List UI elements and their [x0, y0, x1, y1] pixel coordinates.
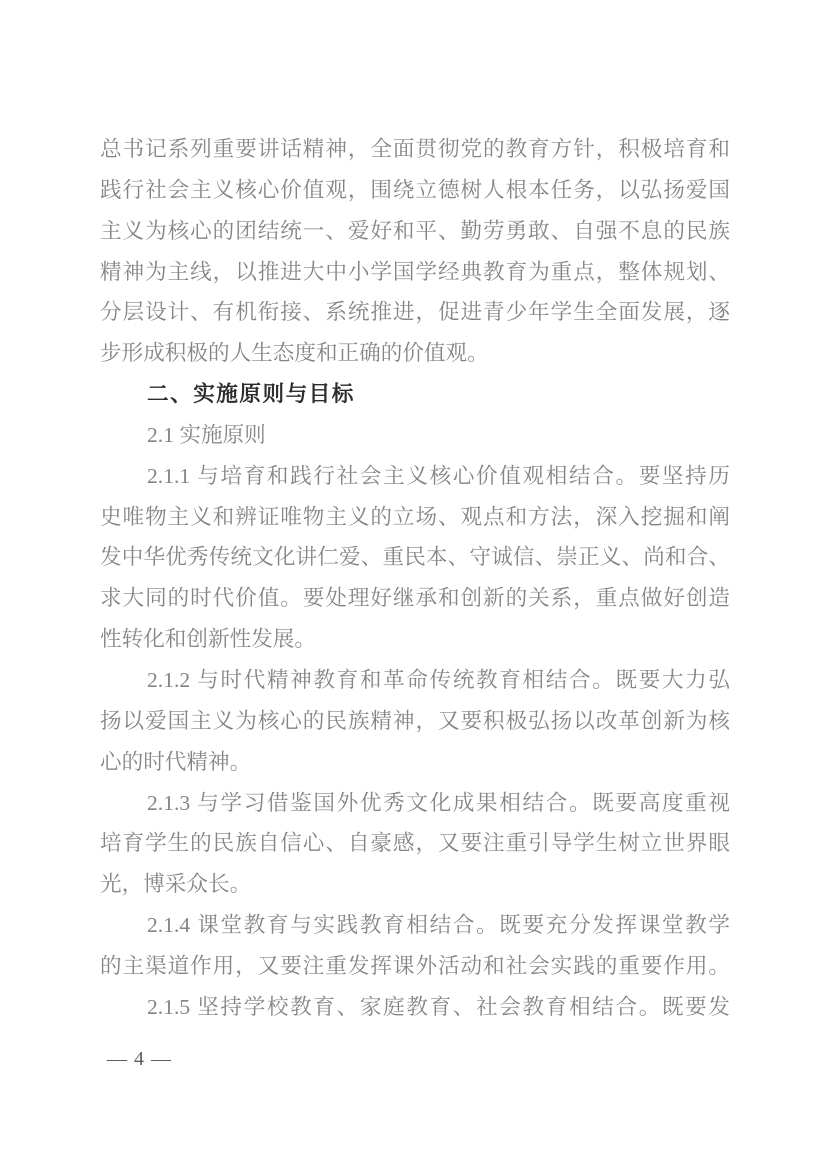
body-line: 发中华优秀传统文化讲仁爱、重民本、守诚信、崇正义、尚和合、	[100, 537, 730, 578]
body-line: 步形成积极的人生态度和正确的价值观。	[100, 333, 730, 374]
footer-dash-right: —	[151, 1048, 171, 1070]
body-line: 的主渠道作用，又要注重发挥课外活动和社会实践的重要作用。	[100, 946, 730, 987]
body-line: 2.1.2 与时代精神教育和革命传统教育相结合。既要大力弘	[100, 660, 730, 701]
body-line: 2.1.5 坚持学校教育、家庭教育、社会教育相结合。既要发	[100, 987, 730, 1028]
document-body: 总书记系列重要讲话精神，全面贯彻党的教育方针，积极培育和 践行社会主义核心价值观…	[100, 129, 730, 1028]
body-line: 主义为核心的团结统一、爱好和平、勤劳勇敢、自强不息的民族	[100, 211, 730, 252]
page-footer: —4—	[107, 1044, 171, 1074]
body-line: 求大同的时代价值。要处理好继承和创新的关系，重点做好创造	[100, 578, 730, 619]
body-line: 心的时代精神。	[100, 742, 730, 783]
body-line: 精神为主线，以推进大中小学国学经典教育为重点，整体规划、	[100, 252, 730, 293]
body-line: 扬以爱国主义为核心的民族精神，又要积极弘扬以改革创新为核	[100, 701, 730, 742]
body-line: 总书记系列重要讲话精神，全面贯彻党的教育方针，积极培育和	[100, 129, 730, 170]
body-line: 2.1.4 课堂教育与实践教育相结合。既要充分发挥课堂教学	[100, 905, 730, 946]
body-line: 光，博采众长。	[100, 864, 730, 905]
footer-dash-left: —	[107, 1048, 127, 1070]
body-line: 2.1.3 与学习借鉴国外优秀文化成果相结合。既要高度重视	[100, 783, 730, 824]
body-line: 2.1.1 与培育和践行社会主义核心价值观相结合。要坚持历	[100, 456, 730, 497]
subsection-heading-line: 2.1 实施原则	[100, 415, 730, 456]
page-number: 4	[134, 1048, 144, 1070]
body-line: 践行社会主义核心价值观，围绕立德树人根本任务，以弘扬爱国	[100, 170, 730, 211]
body-line: 性转化和创新性发展。	[100, 619, 730, 660]
body-line: 培育学生的民族自信心、自豪感，又要注重引导学生树立世界眼	[100, 823, 730, 864]
body-line: 分层设计、有机衔接、系统推进，促进青少年学生全面发展，逐	[100, 292, 730, 333]
document-page: 总书记系列重要讲话精神，全面贯彻党的教育方针，积极培育和 践行社会主义核心价值观…	[0, 0, 827, 1169]
section-heading-line: 二、实施原则与目标	[100, 374, 730, 415]
body-line: 史唯物主义和辨证唯物主义的立场、观点和方法，深入挖掘和阐	[100, 497, 730, 538]
